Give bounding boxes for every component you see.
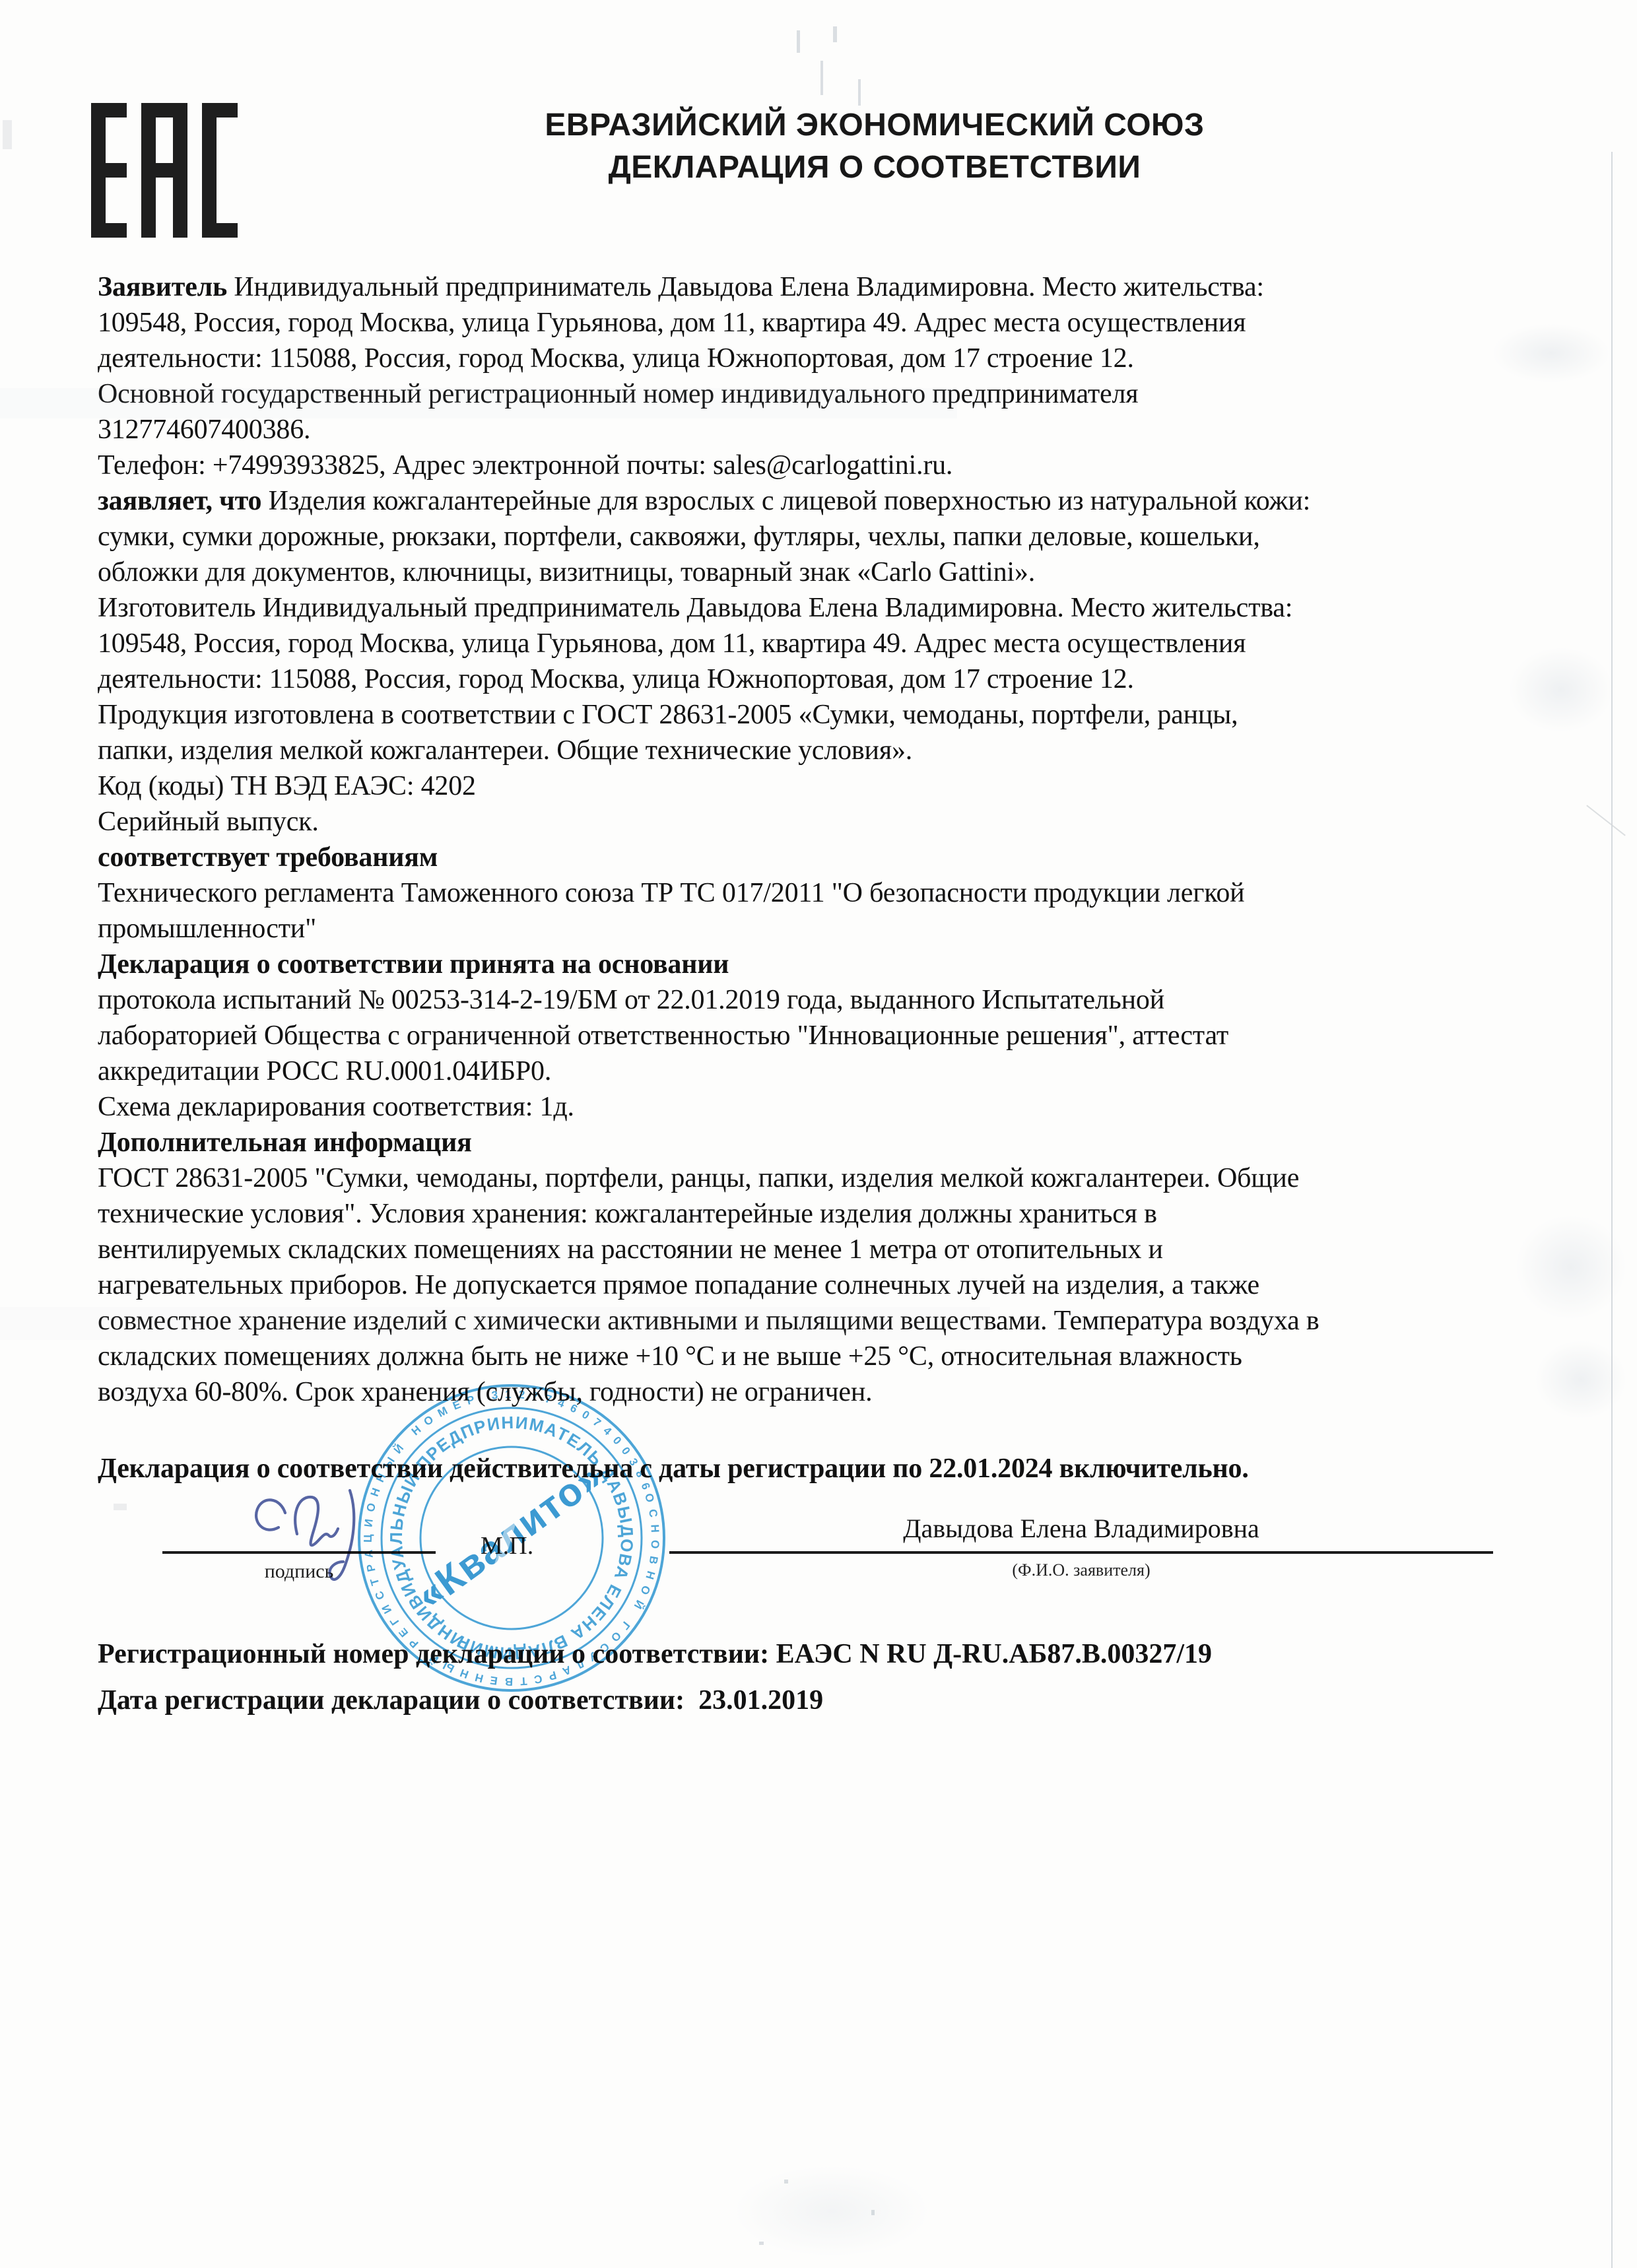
applicant-name: Давыдова Елена Владимировна [669,1513,1493,1544]
paragraph: ГОСТ 28631-2005 "Сумки, чемоданы, портфе… [98,1160,1537,1410]
scan-speck [784,2180,788,2184]
paragraph: Технического регламента Таможенного союз… [98,875,1537,947]
document-title: ЕВРАЗИЙСКИЙ ЭКОНОМИЧЕСКИЙ СОЮЗ ДЕКЛАРАЦИ… [462,104,1287,189]
applicant-name-line [669,1551,1493,1554]
declaration-document: ЕВРАЗИЙСКИЙ ЭКОНОМИЧЕСКИЙ СОЮЗ ДЕКЛАРАЦИ… [0,0,1637,2268]
company-stamp: ОСНОВНОЙ ГОСУДАРСТВЕННЫЙ РЕГИСТРАЦИОННЫЙ… [354,1381,669,1695]
scan-speck [3,120,12,149]
scan-speck [759,2242,764,2245]
paragraph: протокола испытаний № 00253-314-2-19/БМ … [98,982,1537,1125]
scan-smudge [1492,323,1611,383]
scan-speck [833,26,837,42]
paragraph: Заявитель Индивидуальный предприниматель… [98,269,1537,483]
scan-speck [114,1504,127,1510]
eac-logo-icon [91,103,243,238]
paragraph: соответствует требованиям [98,840,1537,875]
title-line-declaration: ДЕКЛАРАЦИЯ О СООТВЕТСТВИИ [462,147,1287,189]
scan-edge-kink [1586,805,1626,836]
scan-edge-line [1611,152,1613,2268]
applicant-caption: (Ф.И.О. заявителя) [669,1560,1493,1580]
paragraph: Декларация о соответствии принята на осн… [98,947,1537,982]
scan-speck [858,79,861,106]
paragraph: Дополнительная информация [98,1125,1537,1160]
body-paragraphs: Заявитель Индивидуальный предприниматель… [98,269,1537,1486]
scan-smudge [1535,1340,1627,1419]
validity-statement: Декларация о соответствии действительна … [98,1451,1537,1486]
paragraph: заявляет, что Изделия кожгалантерейные д… [98,483,1537,840]
scan-smudge [1515,1215,1627,1320]
scan-speck [820,61,823,95]
scan-speck [871,2210,875,2215]
title-line-union: ЕВРАЗИЙСКИЙ ЭКОНОМИЧЕСКИЙ СОЮЗ [462,104,1287,147]
scan-smudge [1508,647,1614,733]
scan-speck [797,30,800,53]
